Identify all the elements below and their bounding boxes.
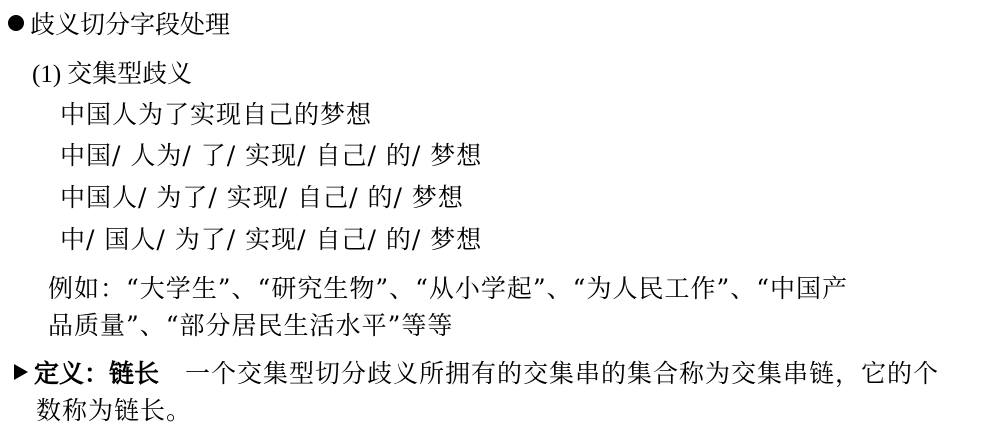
segmentation-option: 中国/ 人为/ 了/ 实现/ 自己/ 的/ 梦想 bbox=[60, 143, 482, 168]
section-heading: 歧义切分字段处理 bbox=[8, 12, 230, 37]
example-sentence: 中国人为了实现自己的梦想 bbox=[60, 102, 372, 127]
subsection-title: 交集型歧义 bbox=[67, 59, 192, 88]
section-heading-text: 歧义切分字段处理 bbox=[30, 10, 230, 39]
definition-description: 一个交集型切分歧义所拥有的交集串的集合称为交集串链，它的个 bbox=[185, 359, 939, 388]
bullet-icon bbox=[8, 15, 24, 31]
subsection-number: (1) bbox=[32, 61, 61, 88]
definition: 定义：链长一个交集型切分歧义所拥有的交集串的集合称为交集串链，它的个 bbox=[14, 361, 939, 386]
examples-paragraph-line: 例如：“大学生”、“研究生物”、“从小学起”、“为人民工作”、“中国产 bbox=[48, 276, 848, 301]
arrow-bullet-icon bbox=[14, 364, 28, 380]
subsection-heading: (1)交集型歧义 bbox=[32, 61, 192, 87]
definition-description-continued: 数称为链长。 bbox=[36, 398, 192, 423]
segmentation-option: 中/ 国人/ 为了/ 实现/ 自己/ 的/ 梦想 bbox=[60, 227, 482, 252]
definition-term: 定义：链长 bbox=[34, 359, 159, 388]
segmentation-option: 中国人/ 为了/ 实现/ 自己/ 的/ 梦想 bbox=[60, 185, 464, 210]
examples-paragraph-line: 品质量”、“部分居民生活水平”等等 bbox=[48, 313, 453, 338]
